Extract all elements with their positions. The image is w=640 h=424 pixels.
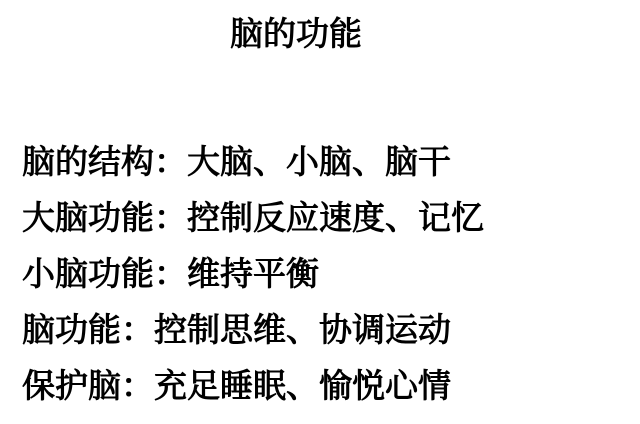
- line-value: 控制反应速度、记忆: [187, 198, 484, 237]
- line-value: 大脑、小脑、脑干: [187, 142, 451, 181]
- line-protect-brain: 保护脑：充足睡眠、愉悦心情: [22, 358, 484, 414]
- line-cerebellum-function: 小脑功能：维持平衡: [22, 246, 484, 302]
- line-brain-structure: 脑的结构：大脑、小脑、脑干: [22, 134, 484, 190]
- line-label: 保护脑：: [22, 366, 154, 405]
- line-label: 脑的结构：: [22, 142, 187, 181]
- line-cerebrum-function: 大脑功能：控制反应速度、记忆: [22, 190, 484, 246]
- line-label: 大脑功能：: [22, 198, 187, 237]
- line-value: 控制思维、协调运动: [154, 310, 451, 349]
- line-label: 小脑功能：: [22, 254, 187, 293]
- line-value: 充足睡眠、愉悦心情: [154, 366, 451, 405]
- line-value: 维持平衡: [187, 254, 319, 293]
- content-list: 脑的结构：大脑、小脑、脑干 大脑功能：控制反应速度、记忆 小脑功能：维持平衡 脑…: [22, 134, 484, 414]
- line-label: 脑功能：: [22, 310, 154, 349]
- page-title: 脑的功能: [0, 12, 592, 56]
- line-brain-function: 脑功能：控制思维、协调运动: [22, 302, 484, 358]
